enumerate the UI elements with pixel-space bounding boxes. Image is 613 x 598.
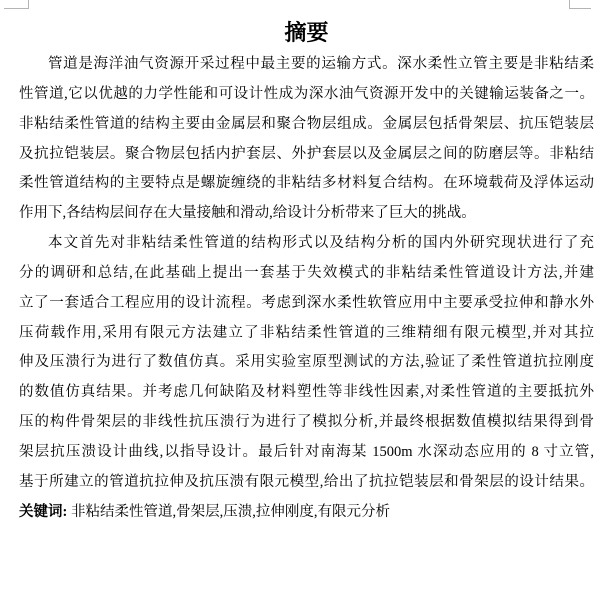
- text-line: 伸及压溃行为进行了数值仿真。采用实验室原型测试的方法,验证了柔性管道抗拉刚度: [19, 348, 594, 378]
- page: { "document": { "title": "摘要", "paragrap…: [0, 0, 613, 598]
- text-line: 基于所建立的管道抗拉伸及抗压溃有限元模型,给出了抗拉铠装层和骨架层的设计结果。: [19, 468, 594, 498]
- text-line: 柔性管道结构的主要特点是螺旋缠绕的非粘结多材料复合结构。在环境载荷及浮体运动: [19, 169, 594, 199]
- text-line: 立了一套适合工程应用的设计流程。考虑到深水柔性软管应用中主要承受拉伸和静水外: [19, 289, 594, 319]
- paragraph: 管道是海洋油气资源开采过程中最主要的运输方式。深水柔性立管主要是非粘结柔性管道,…: [19, 50, 594, 229]
- text-line: 性管道,它以优越的力学性能和可设计性成为深水油气资源开发中的关键输运装备之一。: [19, 80, 594, 110]
- text-line: 架层抗压溃设计曲线,以指导设计。最后针对南海某 1500m 水深动态应用的 8 …: [19, 438, 594, 468]
- text-line: 本文首先对非粘结柔性管道的结构形式以及结构分析的国内外研究现状进行了充: [19, 229, 594, 259]
- keywords-text: 非粘结柔性管道,骨架层,压溃,拉伸刚度,有限元分析: [71, 504, 390, 520]
- page-title: 摘要: [19, 18, 594, 48]
- paragraphs: 管道是海洋油气资源开采过程中最主要的运输方式。深水柔性立管主要是非粘结柔性管道,…: [19, 50, 594, 498]
- text-line: 非粘结柔性管道的结构主要由金属层和聚合物层组成。金属层包括骨架层、抗压铠装层: [19, 110, 594, 140]
- text-line: 的数值仿真结果。并考虑几何缺陷及材料塑性等非线性因素,对柔性管道的主要抵抗外: [19, 378, 594, 408]
- abstract-page: 摘要 管道是海洋油气资源开采过程中最主要的运输方式。深水柔性立管主要是非粘结柔性…: [19, 0, 594, 528]
- text-line: 压的构件骨架层的非线性抗压溃行为进行了模拟分析,并最终根据数值模拟结果得到骨: [19, 408, 594, 438]
- text-line: 管道是海洋油气资源开采过程中最主要的运输方式。深水柔性立管主要是非粘结柔: [19, 50, 594, 80]
- text-line: 分的调研和总结,在此基础上提出一套基于失效模式的非粘结柔性管道设计方法,并建: [19, 259, 594, 289]
- text-line: 压荷载作用,采用有限元方法建立了非粘结柔性管道的三维精细有限元模型,并对其拉: [19, 319, 594, 349]
- paragraph: 本文首先对非粘结柔性管道的结构形式以及结构分析的国内外研究现状进行了充分的调研和…: [19, 229, 594, 498]
- text-line: 及抗拉铠装层。聚合物层包括内护套层、外护套层以及金属层之间的防磨层等。非粘结: [19, 140, 594, 170]
- keywords-line: 关键词: 非粘结柔性管道,骨架层,压溃,拉伸刚度,有限元分析: [19, 498, 594, 528]
- keywords-label: 关键词:: [19, 504, 67, 520]
- text-line: 作用下,各结构层间存在大量接触和滑动,给设计分析带来了巨大的挑战。: [19, 199, 594, 229]
